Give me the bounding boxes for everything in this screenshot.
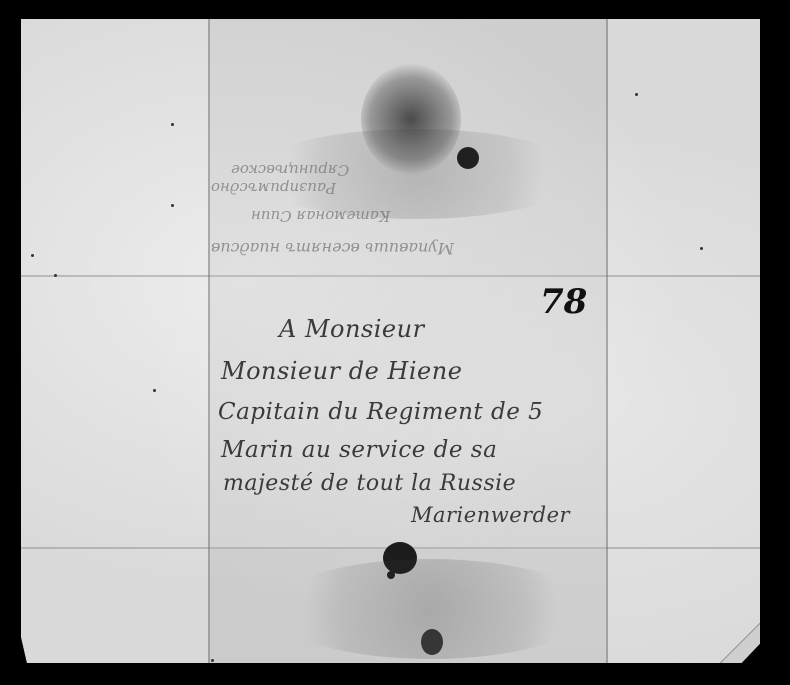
upside-down-note-4: Мупавишь всенятъ ниадсив <box>211 239 454 258</box>
dog-ear-corner <box>720 623 760 663</box>
letter-paper: Сяринцѣвское Раизпримъсдно Катемоная Сии… <box>21 19 760 663</box>
address-line-4: Marin au service de sa <box>221 437 497 463</box>
fold-line-right <box>606 19 608 663</box>
address-line-5: majesté de tout la Russie <box>223 471 516 496</box>
address-line-6: Marienwerder <box>411 503 570 527</box>
speck <box>171 204 174 207</box>
grime-stain-bottom <box>271 559 591 659</box>
upside-down-note-3: Катемоная Сиин <box>251 207 390 225</box>
speck <box>635 93 638 96</box>
address-line-1: A Monsieur <box>279 315 425 343</box>
address-line-3: Capitain du Regiment de 5 <box>218 399 543 425</box>
speck <box>171 123 174 126</box>
upside-down-note-2: Раизпримъсдно <box>211 179 336 197</box>
speck <box>31 254 34 257</box>
reference-number: 78 <box>540 282 587 322</box>
speck <box>153 389 156 392</box>
upside-down-note-1: Сяринцѣвское <box>231 161 349 179</box>
speck <box>700 247 703 250</box>
address-line-2: Monsieur de Hiene <box>221 357 462 385</box>
speck <box>54 274 57 277</box>
speck <box>211 659 214 662</box>
